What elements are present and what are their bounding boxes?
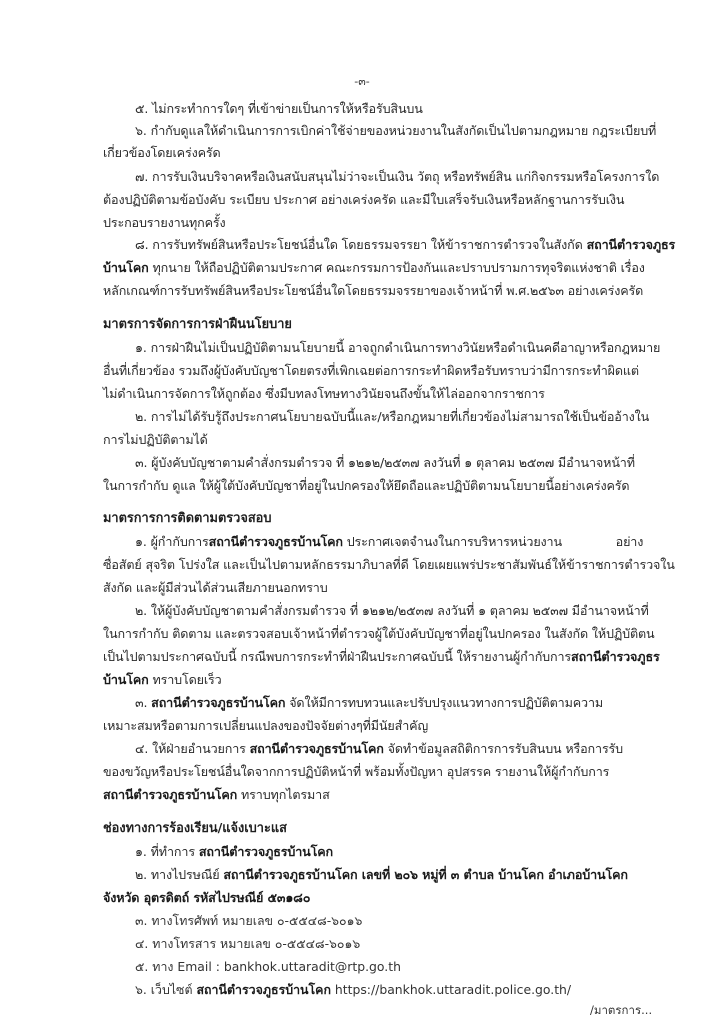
item-text: ประกาศเจตจำนงในการบริหารหน่วยงาน [347,534,562,549]
channel-label: ทางไปรษณีย์ [151,867,220,882]
complaint-channel-4: ๔. ทางโทรสาร หมายเลข ๐-๕๕๔๘-๖๐๑๖ [135,933,360,955]
item-text: ทราบทุกไตรมาส [241,787,330,802]
item-text: จัดให้มีการทบทวนและปรับปรุงแนวทางการปฏิบ… [289,695,603,710]
complaint-channel-2: ๒. ทางไปรษณีย์ สถานีตำรวจภูธรบ้านโคก เลข… [135,864,663,886]
item-number: ๓. [135,455,147,470]
org-name: บ้านโคก [103,260,149,275]
complaint-channel-1: ๑. ที่ทำการ สถานีตำรวจภูธรบ้านโคก [135,841,663,863]
item-number: ๑. [135,534,147,549]
conduct-item-5: ๕. ไม่กระทำการใดๆ ที่เข้าข่ายเป็นการให้ห… [135,98,663,120]
item-text: ทราบโดยเร็ว [152,672,221,687]
item-number: ๖. [135,982,147,997]
item-number: ๖. [135,123,147,138]
org-name: สถานีตำรวจภูธร [571,649,660,664]
violation-item-2: ๒. การไม่ได้รับรู้ถึงประกาศนโยบายฉบับนี้… [135,406,663,428]
section-heading-monitoring: มาตรการการติดตามตรวจสอบ [103,508,271,530]
item-text: จัดทำข้อมูลสถิติการการรับสินบน หรือการรั… [388,741,623,756]
phone-number: ๐-๕๕๔๘-๖๐๑๖ [277,913,362,928]
monitoring-item-2-cont: ในการกำกับ ติดตาม และตรวจสอบเจ้าหน้าที่ต… [103,623,663,645]
complaint-channel-3: ๓. ทางโทรศัพท์ หมายเลข ๐-๕๕๔๘-๖๐๑๖ [135,910,362,932]
item-text: เป็นไปตามประกาศฉบับนี้ กรณีพบการกระทำที่… [103,649,571,664]
monitoring-item-1: ๑. ผู้กำกับการสถานีตำรวจภูธรบ้านโคก ประก… [135,531,663,553]
item-text: ให้ผู้บังคับบัญชาตามคำสั่งกรมตำรวจ ที่ ๑… [151,603,649,618]
conduct-item-7-cont: ต้องปฏิบัติตามข้อบังคับ ระเบียบ ประกาศ อ… [103,189,663,211]
org-name: สถานีตำรวจภูธรบ้านโคก [209,534,343,549]
channel-label: ทางโทรสาร หมายเลข [152,936,271,951]
item-number: ๓. [135,695,147,710]
fax-number: ๐-๕๕๔๘-๖๐๑๖ [275,936,360,951]
item-number: ๕. [135,101,148,116]
page-number: -๓- [0,72,724,90]
violation-item-1-cont: อื่นที่เกี่ยวข้อง รวมถึงผู้บังคับบัญชาโด… [103,360,663,382]
conduct-item-6: ๖. กำกับดูแลให้ดำเนินการการเบิกค่าใช้จ่า… [135,120,663,142]
violation-item-3: ๓. ผู้บังคับบัญชาตามคำสั่งกรมตำรวจ ที่ ๑… [135,452,663,474]
channel-label: ทางโทรศัพท์ หมายเลข [151,913,273,928]
violation-item-2-cont: การไม่ปฏิบัติตามได้ [103,429,663,451]
monitoring-item-2-cont3: บ้านโคก ทราบโดยเร็ว [103,669,663,691]
conduct-item-8: ๘. การรับทรัพย์สินหรือประโยชน์อื่นใด โดย… [135,234,663,256]
channel-label: ทาง Email : [152,959,220,974]
monitoring-item-1-cont: ซื่อสัตย์ สุจริต โปร่งใส และเป็นไปตามหลั… [103,554,663,576]
item-number: ๒. [135,603,147,618]
item-text: การฝ่าฝืนไม่เป็นปฏิบัติตามนโยบายนี้ อาจถ… [151,340,661,355]
violation-item-1: ๑. การฝ่าฝืนไม่เป็นปฏิบัติตามนโยบายนี้ อ… [135,337,663,359]
complaint-channel-5: ๕. ทาง Email : bankhok.uttaradit@rtp.go.… [135,956,401,978]
item-text: ไม่กระทำการใดๆ ที่เข้าข่ายเป็นการให้หรือ… [152,101,423,116]
monitoring-item-4: ๔. ให้ฝ่ายอำนวยการ สถานีตำรวจภูธรบ้านโคก… [135,738,663,760]
item-text: การรับทรัพย์สินหรือประโยชน์อื่นใด โดยธรร… [152,237,582,252]
item-number: ๘. [135,237,148,252]
item-number: ๓. [135,913,147,928]
org-name: สถานีตำรวจภูธรบ้านโคก [250,741,384,756]
monitoring-item-3: ๓. สถานีตำรวจภูธรบ้านโคก จัดให้มีการทบทว… [135,692,663,714]
continued-marker: /มาตรการ... [590,1002,652,1020]
item-text: ผู้กำกับการ [151,534,209,549]
item-number: ๒. [135,409,147,424]
org-name: สถานีตำรวจภูธรบ้านโคก [151,695,285,710]
complaint-channel-6: ๖. เว็บไซต์ สถานีตำรวจภูธรบ้านโคก https:… [135,979,571,1001]
org-name: บ้านโคก [103,672,149,687]
item-number: ๗. [135,169,148,184]
conduct-item-7-cont2: ประกอบรายงานทุกครั้ง [103,212,663,234]
item-number: ๒. [135,867,147,882]
item-number: ๑. [135,340,147,355]
item-text: ให้ฝ่ายอำนวยการ [152,741,246,756]
section-heading-violation: มาตรการจัดการการฝ่าฝืนนโยบาย [103,314,292,336]
violation-item-3-cont: ในการกำกับ ดูแล ให้ผู้ใต้บังคับบัญชาที่อ… [103,475,663,497]
monitoring-item-4-cont: ของขวัญหรือประโยชน์อื่นใดจากการปฏิบัติหน… [103,761,663,783]
monitoring-item-1-cont2: สังกัด และผู้มีส่วนได้ส่วนเสียภายนอกทราบ [103,577,663,599]
item-number: ๔. [135,936,148,951]
website-link[interactable]: https://bankhok.uttaradit.police.go.th/ [335,982,571,997]
org-name: สถานีตำรวจภูธรบ้านโคก [103,787,237,802]
item-text: ทุกนาย ให้ถือปฏิบัติตามประกาศ คณะกรรมการ… [152,260,644,275]
item-text: ผู้บังคับบัญชาตามคำสั่งกรมตำรวจ ที่ ๑๒๑๒… [151,455,635,470]
email-link[interactable]: bankhok.uttaradit@rtp.go.th [224,959,401,974]
monitoring-item-2: ๒. ให้ผู้บังคับบัญชาตามคำสั่งกรมตำรวจ ที… [135,600,663,622]
conduct-item-8-cont: บ้านโคก ทุกนาย ให้ถือปฏิบัติตามประกาศ คณ… [103,257,663,279]
org-name: สถานีตำรวจภูธรบ้านโคก [196,982,331,997]
section-heading-complaints: ช่องทางการร้องเรียน/แจ้งเบาะแส [103,818,287,840]
monitoring-item-3-cont: เหมาะสมหรือตามการเปลี่ยนแปลงของปัจจัยต่า… [103,715,663,737]
complaint-channel-2-cont: จังหวัด อุตรดิตถ์ รหัสไปรษณีย์ ๕๓๑๘๐ [103,887,663,909]
item-text: การไม่ได้รับรู้ถึงประกาศนโยบายฉบับนี้และ… [151,409,649,424]
item-text: อย่าง [616,534,644,549]
item-text: กำกับดูแลให้ดำเนินการการเบิกค่าใช้จ่ายขอ… [151,123,657,138]
monitoring-item-2-cont2: เป็นไปตามประกาศฉบับนี้ กรณีพบการกระทำที่… [103,646,663,668]
conduct-item-8-cont2: หลักเกณฑ์การรับทรัพย์สินหรือประโยชน์อื่น… [103,280,663,302]
conduct-item-6-cont: เกี่ยวข้องโดยเคร่งครัด [103,142,663,164]
channel-label: ที่ทำการ [151,844,195,859]
monitoring-item-4-cont2: สถานีตำรวจภูธรบ้านโคก ทราบทุกไตรมาส [103,784,663,806]
item-number: ๔. [135,741,148,756]
item-number: ๑. [135,844,147,859]
item-text: การรับเงินบริจาคหรือเงินสนับสนุนไม่ว่าจะ… [152,169,659,184]
org-name: สถานีตำรวจภูธร [587,237,676,252]
item-number: ๕. [135,959,148,974]
document-page: -๓- ๕. ไม่กระทำการใดๆ ที่เข้าข่ายเป็นการ… [0,0,724,1024]
postal-address-cont: จังหวัด อุตรดิตถ์ รหัสไปรษณีย์ ๕๓๑๘๐ [103,890,310,905]
org-name: สถานีตำรวจภูธรบ้านโคก [199,844,333,859]
violation-item-1-cont2: ไม่ดำเนินการจัดการให้ถูกต้อง ซึ่งมีบทลงโ… [103,383,663,405]
channel-label: เว็บไซต์ [151,982,193,997]
conduct-item-7: ๗. การรับเงินบริจาคหรือเงินสนับสนุนไม่ว่… [135,166,663,188]
postal-address: สถานีตำรวจภูธรบ้านโคก เลขที่ ๒๐๖ หมู่ที่… [223,867,627,882]
